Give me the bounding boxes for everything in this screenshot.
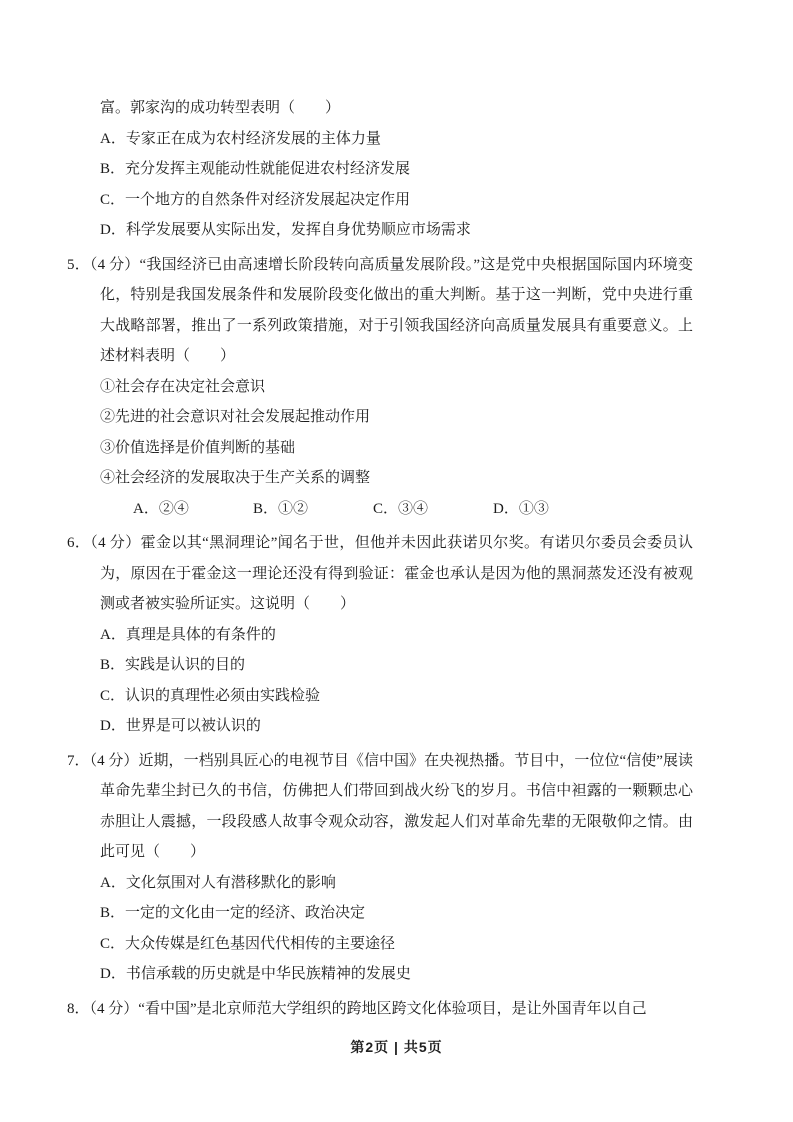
page-footer: 第2页 | 共5页 — [0, 1032, 793, 1063]
question-8-text: “看中国”是北京师范大学组织的跨地区跨文化体验项目，是让外国青年以自己 — [138, 1001, 646, 1017]
question-7-option-d: D．书信承载的历史就是中华民族精神的发展史 — [100, 959, 693, 990]
question-7-option-b: B．一定的文化由一定的经济、政治决定 — [100, 898, 693, 929]
question-6-option-c: C．认识的真理性必须由实践检验 — [100, 681, 693, 712]
page-indicator: 第2页 | 共5页 — [350, 1039, 442, 1055]
question-7-number: 7． — [67, 753, 90, 769]
question-4-option-a: A．专家正在成为农村经济发展的主体力量 — [100, 124, 693, 155]
question-8-number: 8． — [67, 1001, 90, 1017]
question-6-stem: 6．（4 分）霍金以其“黑洞理论”闻名于世，但他并未因此获诺贝尔奖。有诺贝尔委员… — [100, 528, 693, 620]
question-5-choice-b: B．①② — [253, 494, 373, 525]
question-6-option-a: A．真理是具体的有条件的 — [100, 620, 693, 651]
question-7-stem: 7．（4 分）近期，一档别具匠心的电视节目《信中国》在央视热播。节目中，一位位“… — [100, 746, 693, 868]
question-5-choice-c: C．③④ — [373, 494, 493, 525]
question-4-option-c: C．一个地方的自然条件对经济发展起决定作用 — [100, 185, 693, 216]
question-5-choice-a: A．②④ — [133, 494, 253, 525]
exam-page: 富。郭家沟的成功转型表明（ ） A．专家正在成为农村经济发展的主体力量 B．充分… — [0, 0, 793, 1122]
question-5-choice-d: D．①③ — [493, 494, 549, 525]
question-6-number: 6． — [67, 535, 90, 551]
question-8-stem: 8．（4 分）“看中国”是北京师范大学组织的跨地区跨文化体验项目，是让外国青年以… — [100, 994, 693, 1025]
question-5-number: 5． — [67, 257, 90, 273]
question-5-item-4: ④社会经济的发展取决于生产关系的调整 — [100, 463, 693, 494]
question-7-text: 近期，一档别具匠心的电视节目《信中国》在央视热播。节目中，一位位“信使”展读革命… — [100, 753, 693, 861]
question-6-points: （4 分） — [90, 535, 140, 551]
question-6-text: 霍金以其“黑洞理论”闻名于世，但他并未因此获诺贝尔奖。有诺贝尔委员会委员认为，原… — [100, 535, 693, 612]
question-8-points: （4 分） — [90, 1001, 139, 1017]
question-5-text: “我国经济已由高速增长阶段转向高质量发展阶段。”这是党中央根据国际国内环境变化，… — [100, 257, 693, 365]
question-5-item-1: ①社会存在决定社会意识 — [100, 372, 693, 403]
question-7-option-a: A．文化氛围对人有潜移默化的影响 — [100, 868, 693, 899]
question-7-points: （4 分） — [90, 753, 139, 769]
question-5-stem: 5．（4 分）“我国经济已由高速增长阶段转向高质量发展阶段。”这是党中央根据国际… — [100, 250, 693, 372]
question-5-item-3: ③价值选择是价值判断的基础 — [100, 433, 693, 464]
question-4-continuation-text: 富。郭家沟的成功转型表明（ ） — [100, 93, 693, 124]
exam-content: 富。郭家沟的成功转型表明（ ） A．专家正在成为农村经济发展的主体力量 B．充分… — [100, 93, 693, 1024]
question-4-option-b: B．充分发挥主观能动性就能促进农村经济发展 — [100, 154, 693, 185]
question-6-option-b: B．实践是认识的目的 — [100, 650, 693, 681]
question-5-choice-row: A．②④ B．①② C．③④ D．①③ — [100, 494, 693, 525]
question-4-option-d: D．科学发展要从实际出发，发挥自身优势顺应市场需求 — [100, 215, 693, 246]
question-5-points: （4 分） — [90, 257, 140, 273]
question-6-option-d: D．世界是可以被认识的 — [100, 711, 693, 742]
question-5-item-2: ②先进的社会意识对社会发展起推动作用 — [100, 402, 693, 433]
question-7-option-c: C．大众传媒是红色基因代代相传的主要途径 — [100, 929, 693, 960]
